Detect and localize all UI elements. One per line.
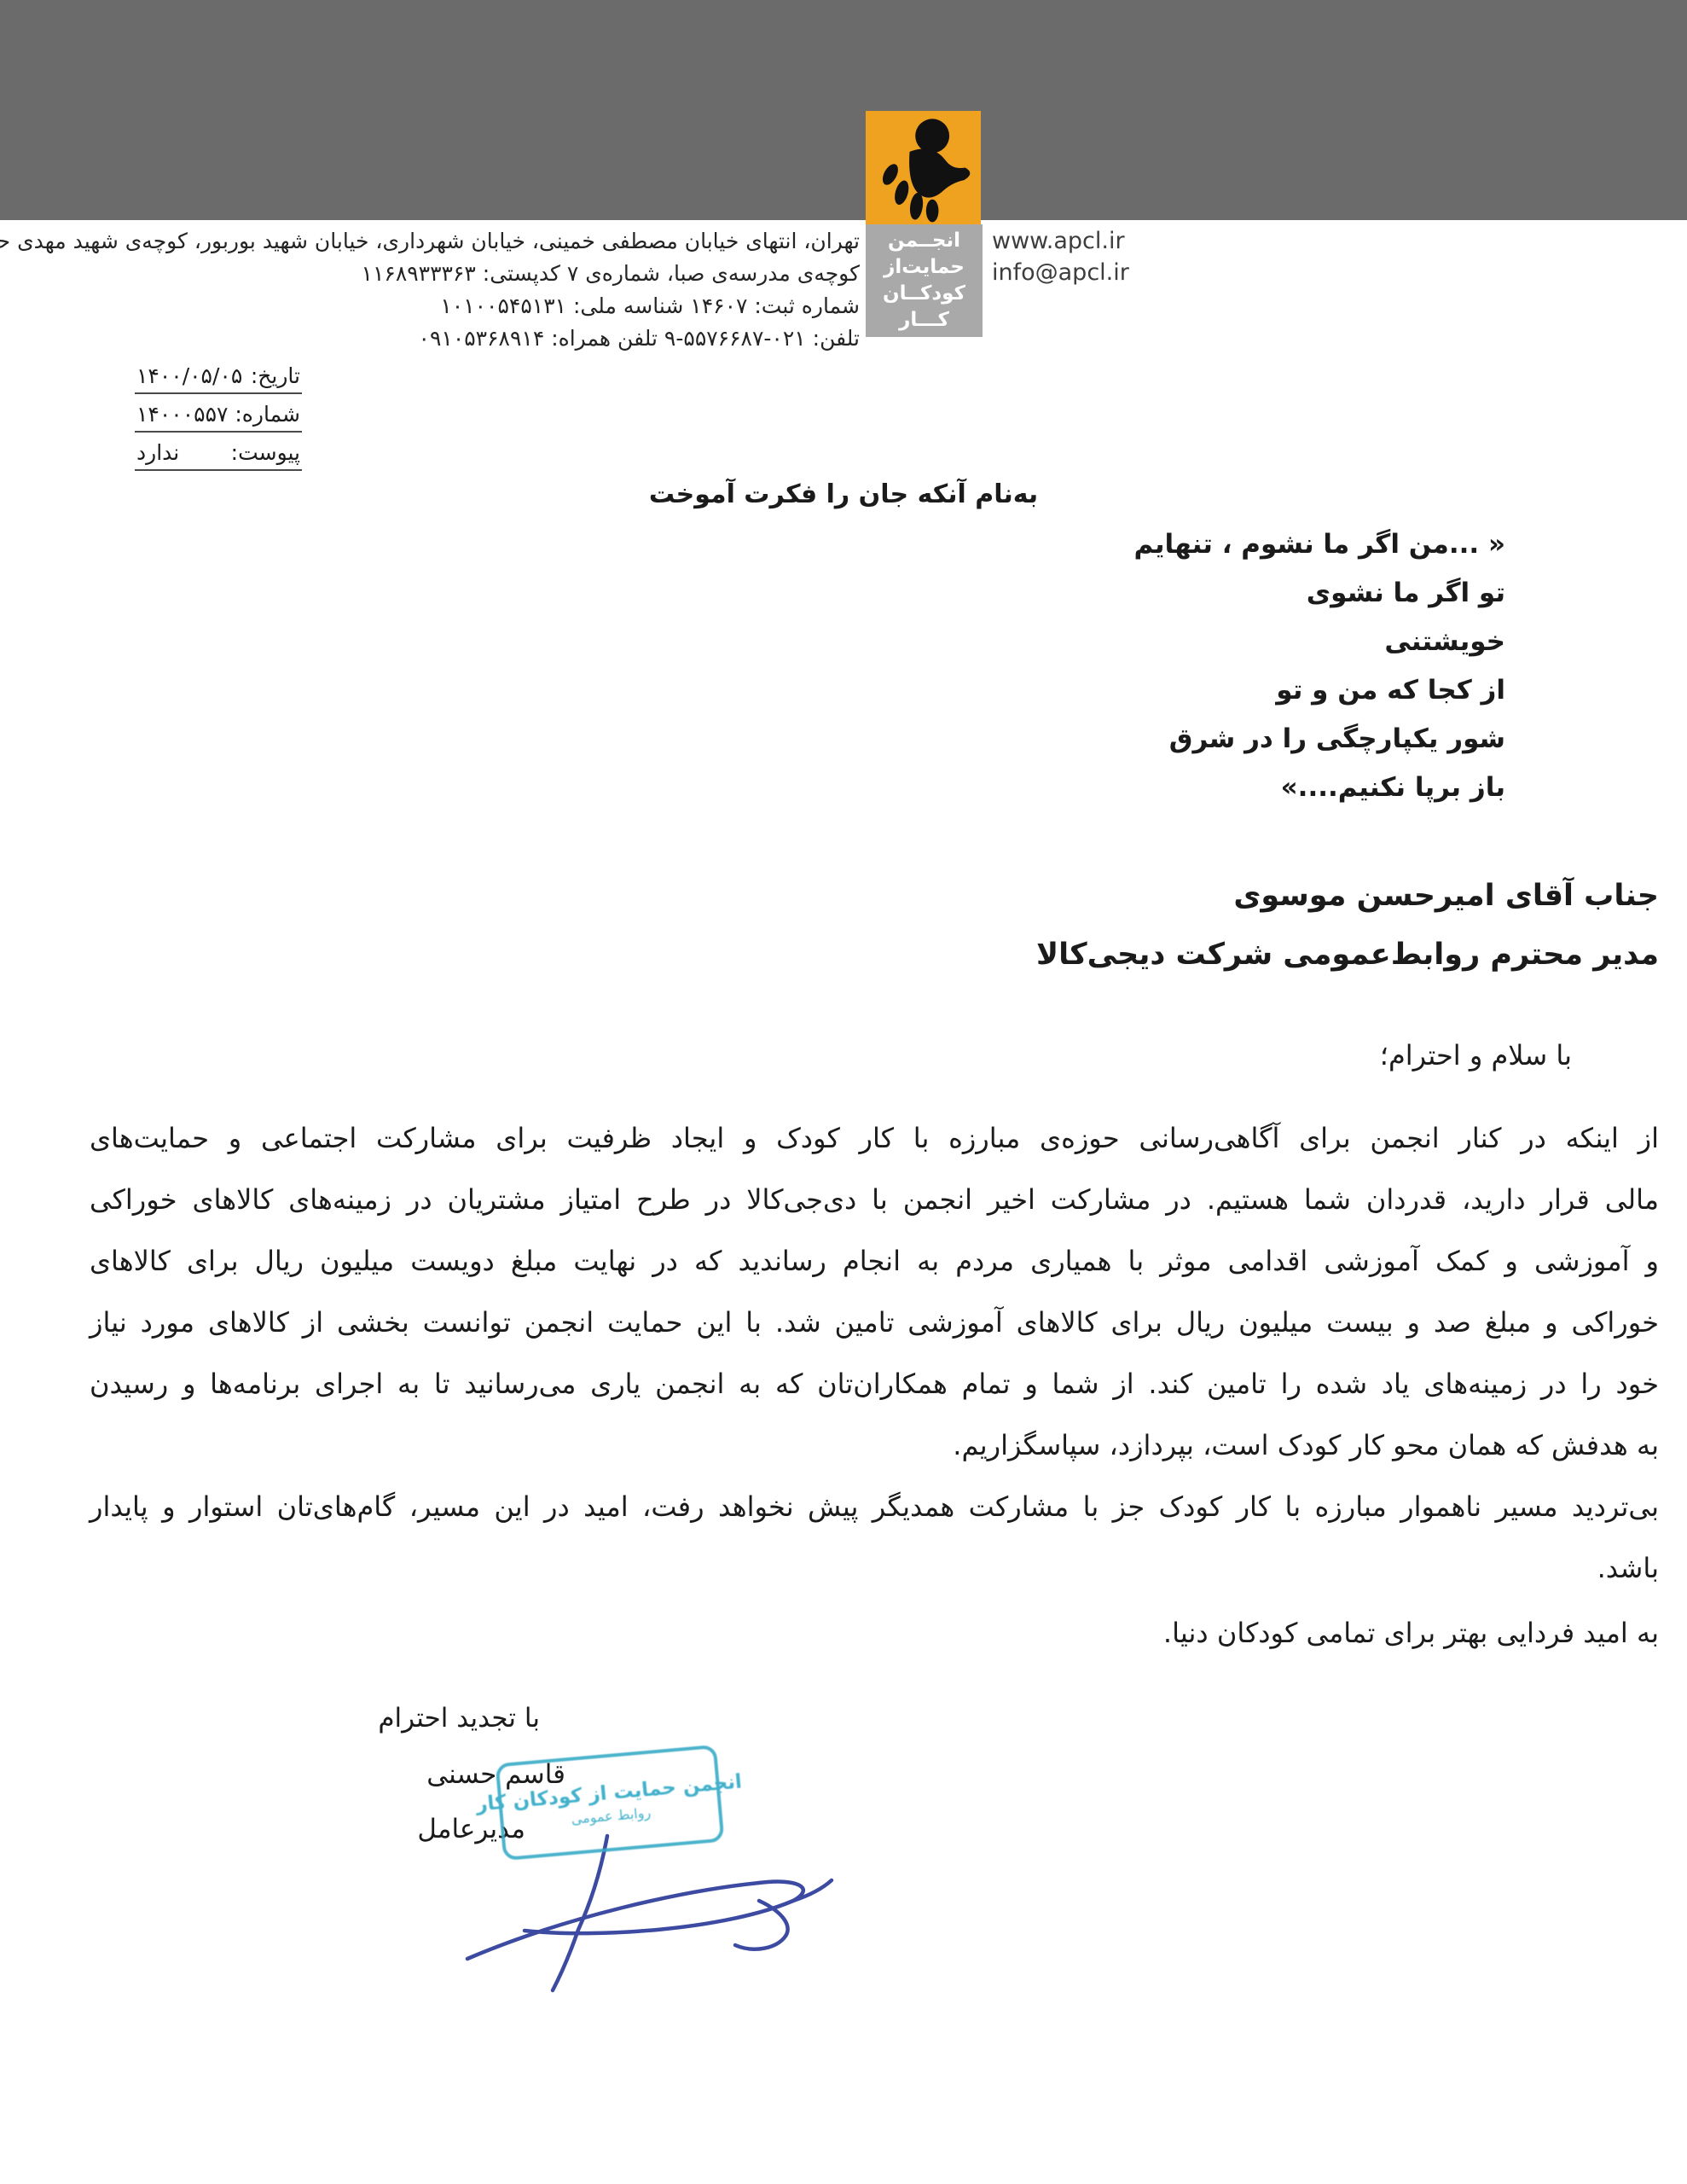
poem-line: خویشتنی bbox=[1134, 618, 1505, 666]
poem-line: تو اگر ما نشوی bbox=[1134, 569, 1505, 618]
meta-value: ۱۴۰۰/۰۵/۰۵ bbox=[136, 363, 242, 388]
org-logo-word: انجــمن bbox=[888, 228, 960, 254]
body-line: از اینکه در کنار انجمن برای آگاهی‌رسانی … bbox=[90, 1107, 1659, 1169]
poem-quote: « ...من اگر ما نشوم ، تنهایمتو اگر ما نش… bbox=[1134, 520, 1505, 812]
website-url: www.apcl.ir bbox=[992, 225, 1129, 257]
body-line: خود را در زمینه‌های یاد شده را تامین کند… bbox=[90, 1353, 1659, 1414]
body-line: به هدفش که همان محو کار کودک است، بپرداز… bbox=[90, 1414, 1659, 1476]
stamp-office-name: روابط عمومی bbox=[571, 1804, 652, 1827]
body-line: باشد. bbox=[90, 1537, 1659, 1599]
meta-value: ندارد bbox=[136, 440, 179, 465]
org-logo bbox=[866, 111, 981, 224]
body-paragraph-1: از اینکه در کنار انجمن برای آگاهی‌رسانی … bbox=[90, 1107, 1659, 1476]
address-line: تهران، انتهای خیابان مصطفی خمینی، خیابان… bbox=[0, 225, 860, 258]
org-logo-word: کـــار bbox=[899, 307, 949, 334]
poem-line: از کجا که من و تو bbox=[1134, 666, 1505, 715]
letterhead-address: تهران، انتهای خیابان مصطفی خمینی، خیابان… bbox=[0, 225, 860, 355]
recipient-name: جناب آقای امیرحسن موسوی bbox=[1036, 867, 1659, 926]
header-bar bbox=[0, 0, 1687, 220]
meta-row: تاریخ: ۱۴۰۰/۰۵/۰۵ bbox=[135, 362, 302, 394]
invocation-line: به‌نام آنکه جان را فکرت آموخت bbox=[0, 479, 1687, 509]
meta-label: تاریخ: bbox=[251, 363, 300, 388]
address-line: کوچه‌ی مدرسه‌ی صبا، شماره‌ی ۷ کدپستی: ۱۱… bbox=[0, 258, 860, 290]
body-line: مالی قرار دارید، قدردان شما هستیم. در مش… bbox=[90, 1169, 1659, 1230]
poem-line: « ...من اگر ما نشوم ، تنهایم bbox=[1134, 520, 1505, 569]
body-line: و آموزشی و کمک آموزشی اقدامی موثر با همی… bbox=[90, 1230, 1659, 1292]
poem-line: باز برپا نکنیم....» bbox=[1134, 764, 1505, 812]
meta-label: شماره: bbox=[235, 402, 300, 427]
recipient-title: مدیر محترم روابط‌عمومی شرکت دیجی‌کالا bbox=[1036, 926, 1659, 985]
poem-line: شور یکپارچگی را در شرق bbox=[1134, 715, 1505, 764]
letter-page: { "header": { "bar_color": "#6b6b6b", "l… bbox=[0, 0, 1687, 2184]
body-line: بی‌تردید مسیر ناهموار مبارزه با کار کودک… bbox=[90, 1476, 1659, 1537]
letter-meta: تاریخ: ۱۴۰۰/۰۵/۰۵ شماره: ۱۴۰۰۰۵۵۷ پیوست:… bbox=[135, 362, 302, 477]
contact-block: www.apcl.ir info@apcl.ir bbox=[992, 225, 1129, 288]
org-logo-word: کودکــان bbox=[883, 281, 965, 307]
body-line: خوراکی و مبلغ صد و بیست میلیون ریال برای… bbox=[90, 1292, 1659, 1353]
meta-value: ۱۴۰۰۰۵۵۷ bbox=[136, 402, 228, 427]
address-line: شماره ثبت: ۱۴۶۰۷ شناسه ملی: ۱۰۱۰۰۵۴۵۱۳۱ bbox=[0, 290, 860, 322]
meta-label: پیوست: bbox=[231, 440, 300, 465]
organization-stamp: انجمن حمایت از کودکان کار روابط عمومی bbox=[496, 1745, 725, 1861]
meta-row: پیوست: ندارد bbox=[135, 439, 302, 471]
body-paragraph-2: بی‌تردید مسیر ناهموار مبارزه با کار کودک… bbox=[90, 1476, 1659, 1599]
meta-row: شماره: ۱۴۰۰۰۵۵۷ bbox=[135, 400, 302, 433]
recipient-block: جناب آقای امیرحسن موسوی مدیر محترم روابط… bbox=[1036, 867, 1659, 985]
closing-line: به امید فردایی بهتر برای تمامی کودکان دن… bbox=[1163, 1602, 1659, 1664]
email-address: info@apcl.ir bbox=[992, 257, 1129, 288]
address-line: تلفن: ۰۲۱-۵۵۷۶۶۸۷-۹ تلفن همراه: ۰۹۱۰۵۳۶۸… bbox=[0, 322, 860, 355]
org-logo-word: حمایت‌از bbox=[884, 254, 965, 281]
signoff-respect: با تجدید احترام bbox=[378, 1703, 540, 1734]
child-handprint-icon bbox=[866, 111, 981, 224]
salutation: با سلام و احترام؛ bbox=[1380, 1039, 1572, 1072]
org-logo-wordmark: انجــمنحمایت‌ازکودکــانکـــار bbox=[866, 224, 983, 337]
